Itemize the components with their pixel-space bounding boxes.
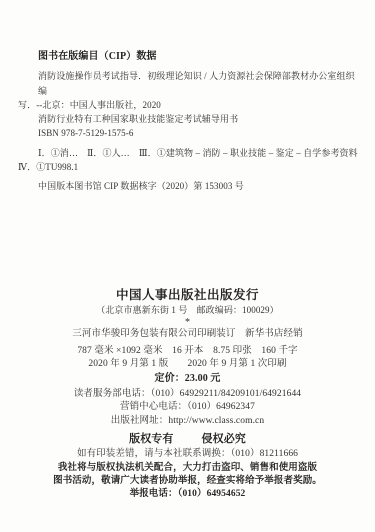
piracy-warning-line-1: 我社将与版权执法机关配合，大力打击盗印、销售和使用盗版 <box>0 462 375 475</box>
copyright-page: 图书在版编目（CIP）数据 消防设施操作员考试指导．初级理论知识 / 人力资源社… <box>0 0 375 532</box>
cip-data-block: 图书在版编目（CIP）数据 消防设施操作员考试指导．初级理论知识 / 人力资源社… <box>18 50 361 194</box>
edition-line: 2020 年 9 月第 1 版 2020 年 9 月第 1 次印刷 <box>0 358 375 371</box>
copyright-notice: 版权专有 侵权必究 <box>0 432 375 447</box>
cip-series-note: 消防行业特有工种国家职业技能鉴定考试辅导用书 <box>38 112 361 126</box>
reader-service-phone: 读者服务部电话：（010）64929211/84209101/64921644 <box>0 388 375 401</box>
cip-isbn: ISBN 978-7-5129-1575-6 <box>38 126 361 140</box>
report-phone: 举报电话：（010）64954652 <box>0 488 375 501</box>
format-line: 787 毫米 ×1092 毫米 16 开本 8.75 印张 160 千字 <box>0 345 375 358</box>
publisher-website: 出版社网址：http://www.class.com.cn <box>0 415 375 428</box>
star-divider: * <box>0 317 375 328</box>
cip-heading: 图书在版编目（CIP）数据 <box>38 50 361 64</box>
printer-line: 三河市华骏印务包装有限公司印刷装订 新华书店经销 <box>0 328 375 341</box>
piracy-warning-line-2: 图书活动，敬请广大读者协助举报，经查实将给予举报者奖励。 <box>0 475 375 488</box>
cip-record-number: 中国版本图书馆 CIP 数据核字（2020）第 153003 号 <box>38 179 361 193</box>
cip-classification-line-1: Ⅰ．①消… Ⅱ．①人… Ⅲ．①建筑物 – 消防 – 职业技能 – 鉴定 – 自学… <box>38 146 361 160</box>
exchange-line: 如有印装差错，请与本社联系调换：（010）81211666 <box>0 448 375 461</box>
cip-classification-line-2: Ⅳ．①TU998.1 <box>18 160 361 174</box>
copyright-notice-right: 侵权必究 <box>202 432 246 447</box>
copyright-notice-left: 版权专有 <box>129 432 173 447</box>
publisher-name: 中国人事出版社出版发行 <box>0 287 375 304</box>
marketing-phone: 营销中心电话：（010）64962347 <box>0 401 375 414</box>
cip-title-line-2: 写．--北京：中国人事出版社，2020 <box>18 98 361 112</box>
price-line: 定价：23.00 元 <box>0 372 375 385</box>
cip-title-line-1: 消防设施操作员考试指导．初级理论知识 / 人力资源社会保障部教材办公室组织编 <box>38 69 361 98</box>
publisher-address: （北京市惠新东街 1 号 邮政编码：100029） <box>0 304 375 317</box>
colophon-block: 中国人事出版社出版发行 （北京市惠新东街 1 号 邮政编码：100029） * … <box>0 287 375 502</box>
